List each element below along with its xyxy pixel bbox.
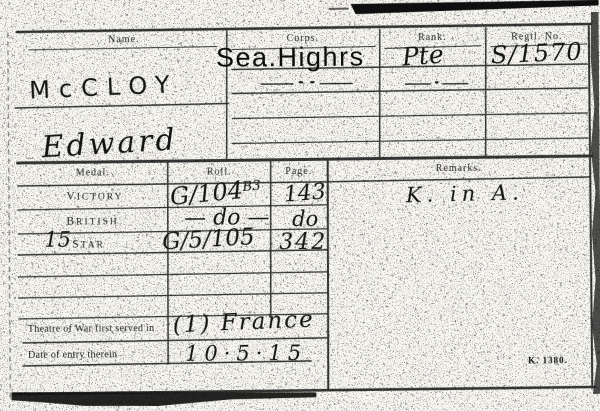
rank-value: Pte xyxy=(401,42,444,70)
page-column-header: Page. xyxy=(271,166,327,177)
card: Name. McCLOY Edward Corps. Sea.Highrs —·… xyxy=(0,0,600,411)
roll-value-victory-superscript: B3 xyxy=(242,178,261,195)
date-of-entry-value: 10·5·15 xyxy=(185,343,307,365)
page-value-victory: 143 xyxy=(283,181,327,206)
page-value-british: do xyxy=(292,209,318,230)
remarks-column-header: Remarks. xyxy=(328,162,590,175)
corps-value: Sea.Highrs xyxy=(216,42,365,74)
medal-index-card-scan: Name. McCLOY Edward Corps. Sea.Highrs —·… xyxy=(0,0,600,411)
medal-row-victory: Victory xyxy=(30,190,160,203)
medal-row-star: Star xyxy=(72,238,105,250)
surname-value: McCLOY xyxy=(29,72,179,102)
rank-ditto-mark: —·— xyxy=(373,72,501,95)
theatre-of-war-label: Theatre of War first served in xyxy=(28,323,155,335)
medal-column-header: Medal. xyxy=(18,167,168,179)
theatre-of-war-value: (1) France xyxy=(172,308,315,337)
page-value-star: 342 xyxy=(279,232,327,254)
name-column-header: Name. xyxy=(29,34,219,46)
roll-value-star: G/5/105 xyxy=(162,226,256,254)
remarks-value: K. in A. xyxy=(406,182,524,206)
medal-row-star-prefix: 15 xyxy=(44,230,71,251)
regtl-no-value: S/1570 xyxy=(490,39,583,67)
scan-speck-artifact xyxy=(329,8,349,10)
medal-row-british: British xyxy=(30,215,155,228)
forename-value: Edward xyxy=(41,125,179,163)
date-of-entry-label: Date of entry therein xyxy=(28,349,117,361)
form-number-stamp: K. 1380. xyxy=(528,355,568,365)
